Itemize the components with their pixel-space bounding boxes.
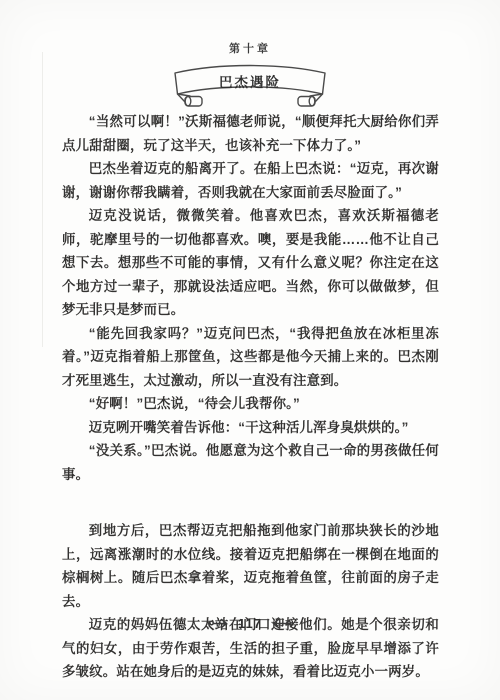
curved-arrow-left-icon	[269, 617, 294, 630]
body-text: “当然可以啊！”沃斯福德老师说，“顺便拜托大厨给你们弄点儿甜甜圈，玩了这半天，也…	[62, 110, 439, 684]
book-page: 第十章 巴杰遇险	[0, 0, 500, 700]
scroll-banner: 巴杰遇险	[168, 58, 332, 112]
paragraph: 迈克咧开嘴笑着告诉他：“干这种活儿浑身臭烘烘的。”	[62, 416, 439, 440]
paragraph: 到地方后，巴杰帮迈克把船拖到他家门前那块狭长的沙地上，远离涨潮时的水位线。接着迈…	[62, 519, 439, 613]
paragraph: “好啊！”巴杰说，“待会儿我帮你。”	[62, 392, 439, 416]
paragraph: 迈克没说话，微微笑着。他喜欢巴杰，喜欢沃斯福德老师，驼摩里号的一切他都喜欢。噢，…	[62, 204, 439, 322]
page-footer: 117	[0, 616, 500, 631]
chapter-header: 第十章 巴杰遇险	[0, 40, 500, 112]
page-number: 117	[238, 616, 262, 631]
paragraph: “当然可以啊！”沃斯福德老师说，“顺便拜托大厨给你们弄点儿甜甜圈，玩了这半天，也…	[62, 110, 439, 157]
paragraph: “没关系。”巴杰说。他愿意为这个救自己一命的男孩做任何事。	[62, 439, 439, 486]
chapter-number-label: 第十章	[0, 40, 500, 56]
curved-arrow-right-icon	[206, 617, 231, 630]
paragraph: “能先回我家吗？”迈克问巴杰，“我得把鱼放在冰柜里冻着。”迈克指着船上那筐鱼，这…	[62, 322, 439, 393]
paragraph: 巴杰坐着迈克的船离开了。在船上巴杰说：“迈克，再次谢谢，谢谢你帮我瞒着，否则我就…	[62, 157, 439, 204]
chapter-title: 巴杰遇险	[168, 71, 332, 91]
